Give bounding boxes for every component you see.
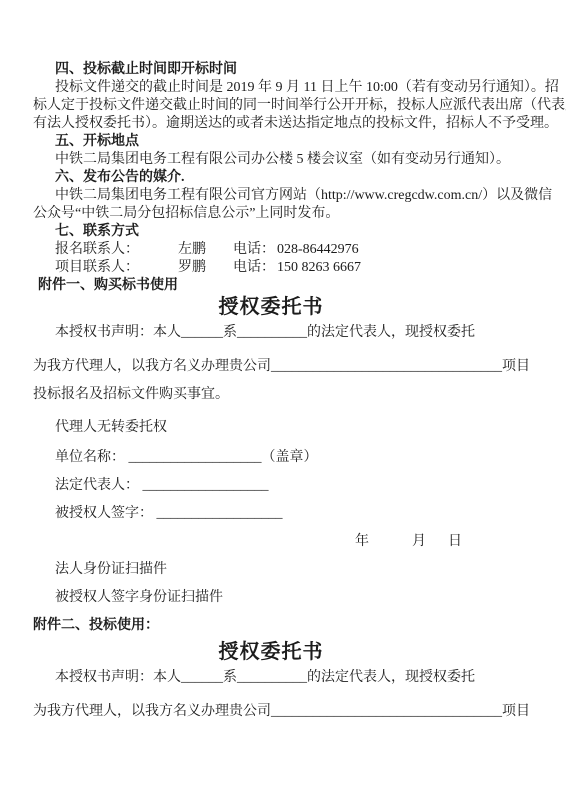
legal-representative-field-line: 法定代表人： __________________ bbox=[33, 472, 533, 500]
paragraph-line: 公众号“中铁二局分包招标信息公示”上同时发布。 bbox=[33, 205, 533, 223]
attachment1-title: 授权委托书 bbox=[21, 295, 521, 319]
section-heading-announcement-media: 六、发布公告的媒介. bbox=[33, 169, 533, 187]
legal-id-scan-line: 法人身份证扫描件 bbox=[33, 556, 533, 584]
form-declaration-line: 本授权书声明：本人______系__________的法定代表人，现授权委托 bbox=[33, 319, 533, 347]
date-year-label: 年 bbox=[355, 534, 369, 549]
paragraph-line: 标人定于投标文件递交截止时间的同一时间举行公开开标，投标人应派代表出席（代表应 bbox=[33, 97, 533, 115]
form-declaration-line: 为我方代理人，以我方名义办理贵公司_______________________… bbox=[33, 698, 533, 726]
form-declaration-line: 本授权书声明：本人______系__________的法定代表人，现授权委托 bbox=[33, 664, 533, 692]
paragraph-line: 中铁二局集团电务工程有限公司办公楼 5 楼会议室（如有变动另行通知）。 bbox=[33, 151, 533, 169]
paragraph-line: 投标文件递交的截止时间是 2019 年 9 月 11 日上午 10:00（若有变… bbox=[33, 79, 533, 97]
contact-tel-label: 电话： bbox=[233, 259, 277, 277]
contact-tel-number: 028-86442976 bbox=[277, 242, 359, 257]
section-heading-bid-deadline: 四、投标截止时间即开标时间 bbox=[33, 61, 533, 79]
contact-row-registration: 报名联系人：左鹏电话：028-86442976 bbox=[33, 241, 533, 259]
contact-label: 项目联系人： bbox=[55, 259, 178, 277]
agent-clause-line: 代理人无转委托权 bbox=[33, 414, 533, 442]
contact-name: 罗鹏 bbox=[178, 259, 233, 277]
date-month-label: 月 bbox=[412, 534, 426, 549]
attachment2-title: 授权委托书 bbox=[21, 640, 521, 664]
paragraph-line: 有法人授权委托书）。逾期送达的或者未送达指定地点的投标文件，招标人不予受理。 bbox=[33, 115, 533, 133]
form-declaration-line: 投标报名及招标文件购买事宜。 bbox=[33, 381, 533, 409]
contact-name: 左鹏 bbox=[178, 241, 233, 259]
section-heading-contact-info: 七、联系方式 bbox=[33, 223, 533, 241]
authorized-signer-field-line: 被授权人签字： __________________ bbox=[33, 500, 533, 528]
document-page: 四、投标截止时间即开标时间 投标文件递交的截止时间是 2019 年 9 月 11… bbox=[0, 0, 566, 800]
date-line: 年月日 bbox=[33, 528, 533, 556]
contact-row-project: 项目联系人：罗鹏电话：150 8263 6667 bbox=[33, 259, 533, 277]
contact-tel-number: 150 8263 6667 bbox=[277, 260, 361, 275]
paragraph-line: 中铁二局集团电务工程有限公司官方网站（http://www.cregcdw.co… bbox=[33, 187, 533, 205]
attachment2-heading: 附件二、投标使用： bbox=[33, 612, 533, 640]
attachment1-heading: 附件一、购买标书使用 bbox=[33, 277, 533, 295]
unit-name-field-line: 单位名称： ___________________（盖章） bbox=[33, 444, 533, 472]
contact-tel-label: 电话： bbox=[233, 241, 277, 259]
form-declaration-line: 为我方代理人，以我方名义办理贵公司_______________________… bbox=[33, 353, 533, 381]
signer-id-scan-line: 被授权人签字身份证扫描件 bbox=[33, 584, 533, 612]
section-heading-opening-location: 五、开标地点 bbox=[33, 133, 533, 151]
contact-label: 报名联系人： bbox=[55, 241, 178, 259]
date-day-label: 日 bbox=[448, 534, 462, 549]
